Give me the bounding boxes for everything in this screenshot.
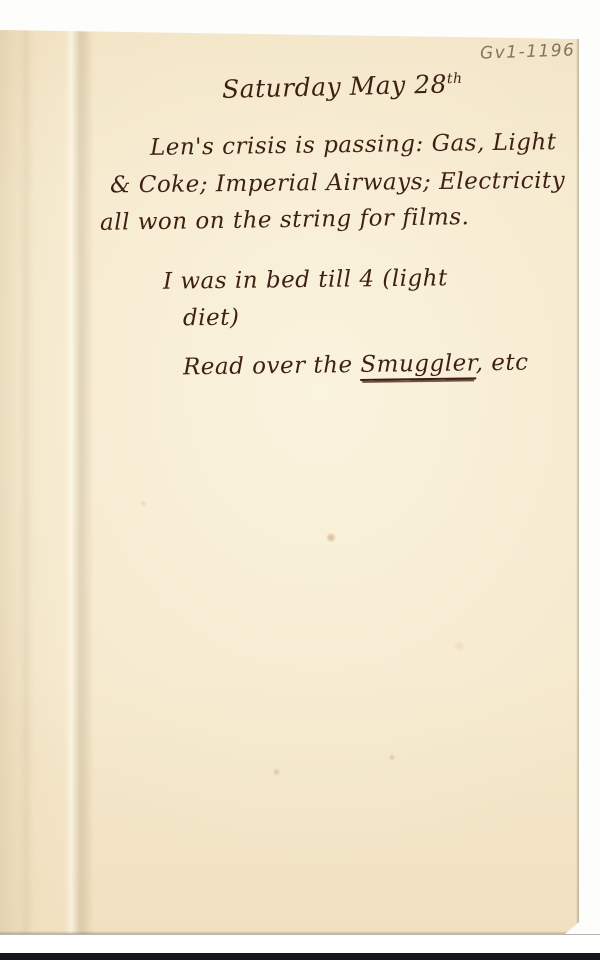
entry-line: all won on the string for films. bbox=[100, 204, 470, 236]
entry-line: Read over the Smuggler, etc bbox=[183, 350, 529, 381]
foxing-spot bbox=[452, 640, 466, 652]
gutter-crease bbox=[64, 30, 94, 934]
gutter-shadow bbox=[18, 30, 34, 934]
underlined-title: Smuggler bbox=[360, 350, 476, 381]
foxing-spot bbox=[388, 754, 396, 761]
entry-line: diet) bbox=[183, 305, 240, 331]
entry-date-heading: Saturday May 28th bbox=[222, 69, 463, 104]
entry-line: I was in bed till 4 (light bbox=[163, 265, 448, 294]
scanned-diary-page: Gv1-1196 Saturday May 28th Len's crisis … bbox=[0, 0, 600, 960]
paper-right-edge bbox=[576, 38, 579, 934]
read-line-suffix: , etc bbox=[475, 350, 528, 377]
foxing-spot bbox=[272, 768, 281, 776]
entry-line: Len's crisis is passing: Gas, Light bbox=[150, 129, 557, 161]
entry-date-ordinal: th bbox=[447, 71, 463, 87]
entry-line: & Coke; Imperial Airways; Electricity bbox=[110, 168, 565, 199]
entry-date-text: Saturday May 28 bbox=[222, 69, 448, 103]
scanner-dark-strip bbox=[0, 953, 600, 960]
archive-reference: Gv1-1196 bbox=[480, 40, 576, 63]
foxing-spot bbox=[326, 533, 336, 542]
foxing-spot bbox=[140, 500, 147, 507]
read-line-prefix: Read over the bbox=[183, 352, 361, 380]
scanner-white-strip bbox=[0, 934, 600, 954]
paper-page: Gv1-1196 Saturday May 28th Len's crisis … bbox=[0, 30, 579, 934]
